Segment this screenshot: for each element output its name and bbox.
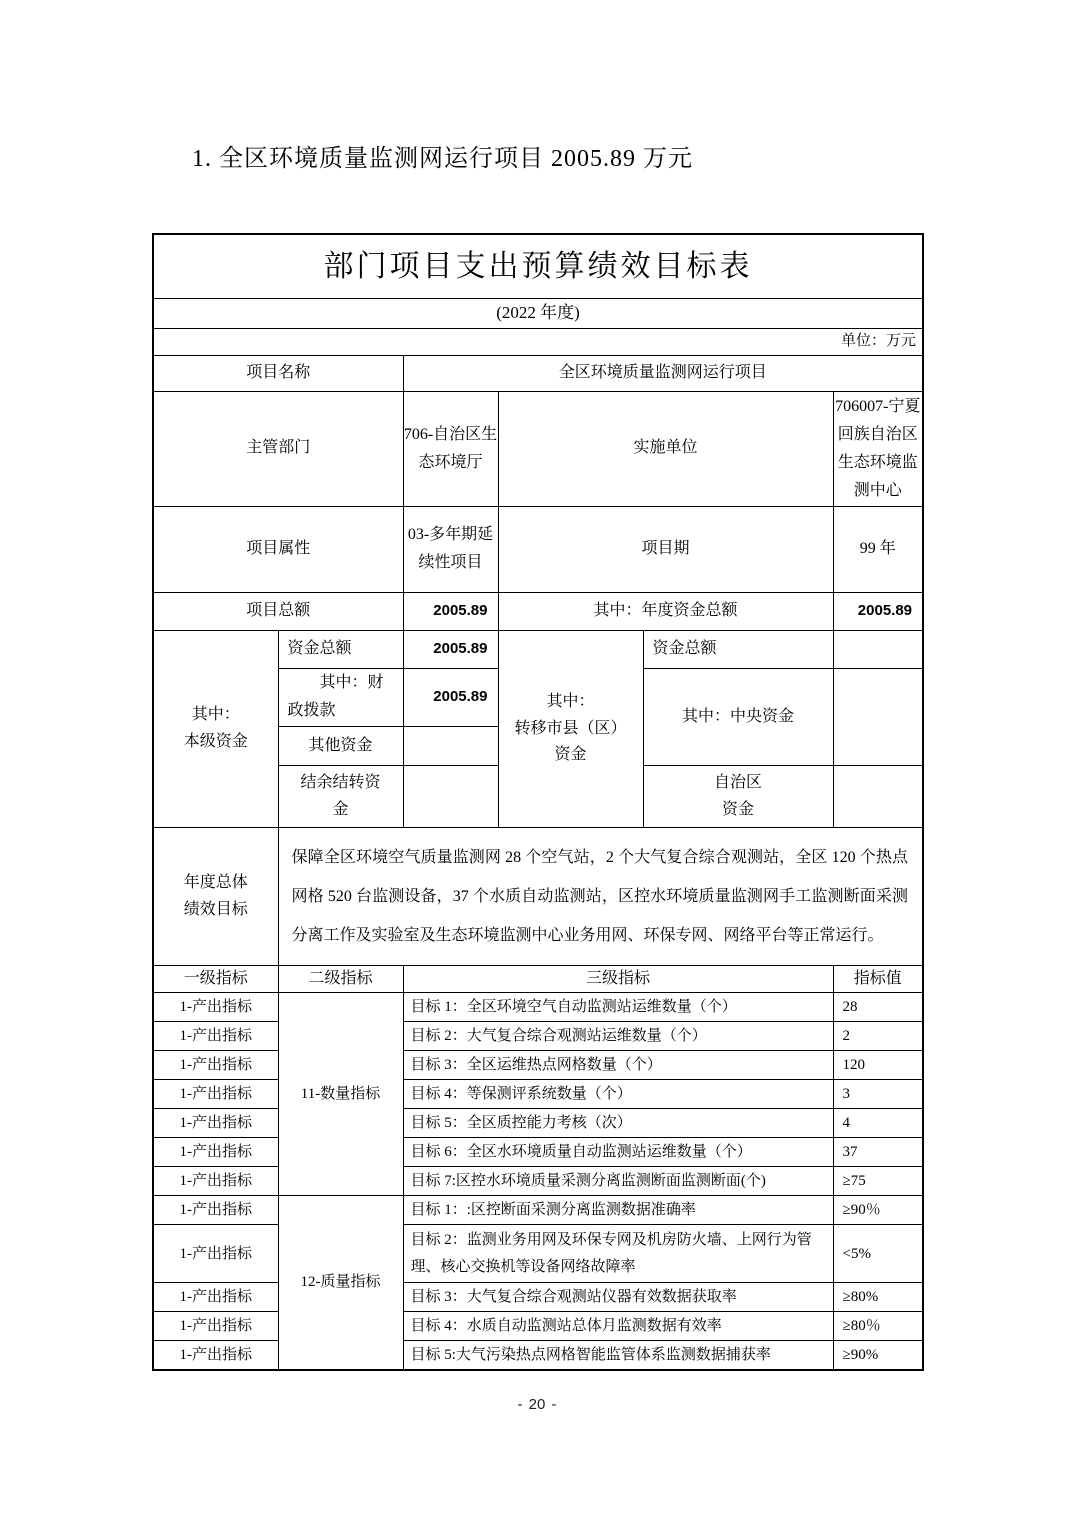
indicator-row: 1-产出指标 12-质量指标 目标 1：:区控断面采测分离监测数据准确率 ≥90…	[153, 1196, 923, 1225]
level3-cell: 目标 3：大气复合综合观测站仪器有效数据获取率	[403, 1283, 833, 1312]
level3-cell: 目标 5:大气污染热点网格智能监管体系监测数据捕获率	[403, 1341, 833, 1370]
fiscal-allocation-label: 其中：财政拨款	[278, 668, 403, 727]
level3-cell: 目标 3：全区运维热点网格数量（个）	[403, 1051, 833, 1080]
level1-cell: 1-产出指标	[153, 1196, 278, 1225]
performance-target-table: 部门项目支出预算绩效目标表 (2022 年度) 单位：万元 项目名称 全区环境质…	[152, 233, 924, 1371]
project-name-row: 项目名称 全区环境质量监测网运行项目	[153, 355, 923, 391]
value-cell: 120	[833, 1051, 923, 1080]
other-funds-value	[403, 727, 498, 766]
project-total-value: 2005.89	[403, 592, 498, 630]
indicator-row: 1-产出指标 目标 4：水质自动监测站总体月监测数据有效率 ≥80％	[153, 1312, 923, 1341]
document-page: 1. 全区环境质量监测网运行项目 2005.89 万元 部门项目支出预算绩效目标…	[0, 0, 1074, 1520]
value-cell: 2	[833, 1022, 923, 1051]
level1-cell: 1-产出指标	[153, 1225, 278, 1283]
indicator-row: 1-产出指标 目标 5:大气污染热点网格智能监管体系监测数据捕获率 ≥90%	[153, 1341, 923, 1370]
level1-cell: 1-产出指标	[153, 1109, 278, 1138]
value-cell: ≥90%	[833, 1341, 923, 1370]
level3-cell: 目标 5：全区质控能力考核（次）	[403, 1109, 833, 1138]
department-label: 主管部门	[153, 391, 403, 506]
level3-cell: 目标 6：全区水环境质量自动监测站运维数量（个）	[403, 1138, 833, 1167]
level3-cell: 目标 4：等保测评系统数量（个）	[403, 1080, 833, 1109]
level3-cell: 目标 7:区控水环境质量采测分离监测断面监测断面(个)	[403, 1167, 833, 1196]
page-number: - 20 -	[0, 1396, 1074, 1413]
value-cell: 37	[833, 1138, 923, 1167]
project-total-label: 项目总额	[153, 592, 403, 630]
central-funds-value	[833, 668, 923, 766]
page-heading: 1. 全区环境质量监测网运行项目 2005.89 万元	[192, 138, 693, 173]
project-attribute-value: 03-多年期延续性项目	[403, 506, 498, 592]
autonomous-region-funds-label: 自治区 资金	[643, 766, 833, 828]
funding-row-1: 其中： 本级资金 资金总额 2005.89 其中： 转移市县（区） 资金 资金总…	[153, 630, 923, 668]
department-row: 主管部门 706-自治区生态环境厅 实施单位 706007-宁夏回族自治区生态环…	[153, 391, 923, 506]
carryover-funds-label: 结余结转资 金	[278, 766, 403, 828]
indicator-row: 1-产出指标 目标 2：监测业务用网及环保专网及机房防火墙、上网行为管理、核心交…	[153, 1225, 923, 1283]
transfer-fund-total-value	[833, 630, 923, 668]
indicator-row: 1-产出指标 目标 3：全区运维热点网格数量（个） 120	[153, 1051, 923, 1080]
indicator-row: 1-产出指标 目标 3：大气复合综合观测站仪器有效数据获取率 ≥80%	[153, 1283, 923, 1312]
level1-cell: 1-产出指标	[153, 1283, 278, 1312]
indicator-row: 1-产出指标 目标 7:区控水环境质量采测分离监测断面监测断面(个) ≥75	[153, 1167, 923, 1196]
value-cell: ≥90％	[833, 1196, 923, 1225]
annual-goal-row: 年度总体 绩效目标 保障全区环境空气质量监测网 28 个空气站，2 个大气复合综…	[153, 828, 923, 966]
central-funds-label: 其中：中央资金	[643, 668, 833, 766]
table-title: 部门项目支出预算绩效目标表	[153, 234, 923, 298]
project-period-value: 99 年	[833, 506, 923, 592]
table-subtitle: (2022 年度)	[153, 298, 923, 328]
project-period-label: 项目期	[498, 506, 833, 592]
indicator-row: 1-产出指标 目标 4：等保测评系统数量（个） 3	[153, 1080, 923, 1109]
value-cell: <5%	[833, 1225, 923, 1283]
annual-goal-label: 年度总体 绩效目标	[153, 828, 278, 966]
indicator-row: 1-产出指标 目标 5：全区质控能力考核（次） 4	[153, 1109, 923, 1138]
level3-cell: 目标 2：大气复合综合观测站运维数量（个）	[403, 1022, 833, 1051]
value-cell: ≥80％	[833, 1312, 923, 1341]
project-attribute-row: 项目属性 03-多年期延续性项目 项目期 99 年	[153, 506, 923, 592]
annual-fund-total-value: 2005.89	[833, 592, 923, 630]
indicator-header-row: 一级指标 二级指标 三级指标 指标值	[153, 966, 923, 993]
indicator-row: 1-产出指标 目标 6：全区水环境质量自动监测站运维数量（个） 37	[153, 1138, 923, 1167]
header-level2: 二级指标	[278, 966, 403, 993]
value-cell: 4	[833, 1109, 923, 1138]
indicator-row: 1-产出指标 11-数量指标 目标 1：全区环境空气自动监测站运维数量（个） 2…	[153, 993, 923, 1022]
annual-goal-text: 保障全区环境空气质量监测网 28 个空气站，2 个大气复合综合观测站，全区 12…	[278, 828, 923, 966]
value-cell: 3	[833, 1080, 923, 1109]
project-attribute-label: 项目属性	[153, 506, 403, 592]
table-title-row: 部门项目支出预算绩效目标表	[153, 234, 923, 298]
project-name-value: 全区环境质量监测网运行项目	[403, 355, 923, 391]
level1-cell: 1-产出指标	[153, 993, 278, 1022]
level1-cell: 1-产出指标	[153, 1051, 278, 1080]
level1-cell: 1-产出指标	[153, 1080, 278, 1109]
project-total-row: 项目总额 2005.89 其中：年度资金总额 2005.89	[153, 592, 923, 630]
autonomous-region-funds-value	[833, 766, 923, 828]
local-fund-total-label: 资金总额	[278, 630, 403, 668]
level1-cell: 1-产出指标	[153, 1022, 278, 1051]
unit-note: 单位：万元	[153, 328, 923, 355]
value-cell: ≥80%	[833, 1283, 923, 1312]
transfer-funds-header: 其中： 转移市县（区） 资金	[498, 630, 643, 828]
carryover-funds-value	[403, 766, 498, 828]
department-value: 706-自治区生态环境厅	[403, 391, 498, 506]
transfer-fund-total-label: 资金总额	[643, 630, 833, 668]
indicator-row: 1-产出指标 目标 2：大气复合综合观测站运维数量（个） 2	[153, 1022, 923, 1051]
local-funds-header: 其中： 本级资金	[153, 630, 278, 828]
annual-fund-total-label: 其中：年度资金总额	[498, 592, 833, 630]
project-name-label: 项目名称	[153, 355, 403, 391]
value-cell: ≥75	[833, 1167, 923, 1196]
local-fund-total-value: 2005.89	[403, 630, 498, 668]
fiscal-allocation-value: 2005.89	[403, 668, 498, 727]
other-funds-label: 其他资金	[278, 727, 403, 766]
group-quality-label: 12-质量指标	[278, 1196, 403, 1370]
level3-cell: 目标 1：全区环境空气自动监测站运维数量（个）	[403, 993, 833, 1022]
implementing-unit-value: 706007-宁夏回族自治区生态环境监测中心	[833, 391, 923, 506]
level1-cell: 1-产出指标	[153, 1167, 278, 1196]
header-value: 指标值	[833, 966, 923, 993]
implementing-unit-label: 实施单位	[498, 391, 833, 506]
level1-cell: 1-产出指标	[153, 1312, 278, 1341]
level3-cell: 目标 2：监测业务用网及环保专网及机房防火墙、上网行为管理、核心交换机等设备网络…	[403, 1225, 833, 1283]
header-level1: 一级指标	[153, 966, 278, 993]
header-level3: 三级指标	[403, 966, 833, 993]
table-subtitle-row: (2022 年度)	[153, 298, 923, 328]
level1-cell: 1-产出指标	[153, 1138, 278, 1167]
level3-cell: 目标 1：:区控断面采测分离监测数据准确率	[403, 1196, 833, 1225]
level1-cell: 1-产出指标	[153, 1341, 278, 1370]
value-cell: 28	[833, 993, 923, 1022]
group-quantity-label: 11-数量指标	[278, 993, 403, 1196]
unit-row: 单位：万元	[153, 328, 923, 355]
level3-cell: 目标 4：水质自动监测站总体月监测数据有效率	[403, 1312, 833, 1341]
